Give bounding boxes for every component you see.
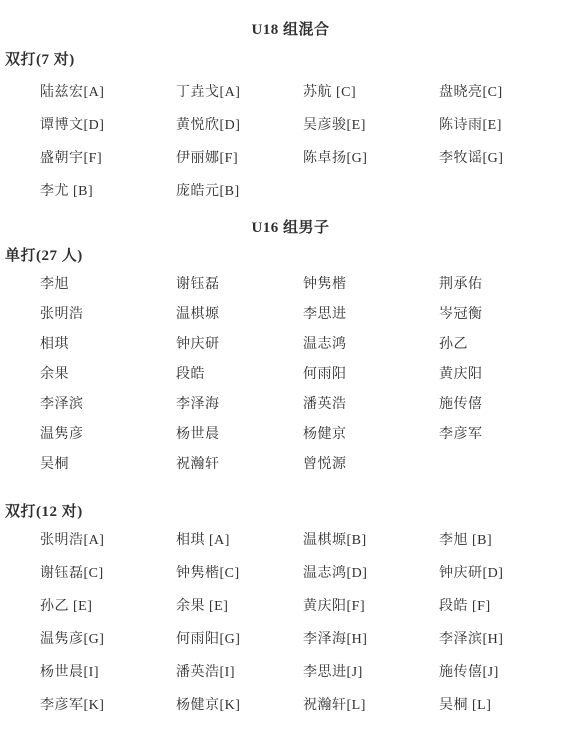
player-name: 荆承佑 bbox=[439, 277, 581, 293]
group-label-u16-doubles: 双打(12 对) bbox=[5, 504, 581, 520]
u16-singles-name-list: 李旭谢钰磊钟隽楷荆承佑张明浩温棋塬李思进岑冠衡相琪钟庆研温志鸿孙乙余果段皓何雨阳… bbox=[0, 270, 581, 480]
player-name: 李彦军 bbox=[439, 427, 581, 443]
player-name: 盛朝宇[F] bbox=[40, 151, 176, 167]
player-name: 曾悦源 bbox=[303, 457, 439, 473]
player-name: 李牧谣[G] bbox=[439, 151, 581, 167]
player-name: 施传僖[J] bbox=[439, 665, 581, 681]
player-name: 温志鸿 bbox=[303, 337, 439, 353]
roster-row: 吴桐祝瀚轩曾悦源 bbox=[0, 450, 581, 480]
player-name: 钟庆研[D] bbox=[439, 566, 581, 582]
player-name: 杨健京 bbox=[303, 427, 439, 443]
player-name: 谢钰磊 bbox=[176, 277, 303, 293]
roster-row: 谭博文[D]黄悦欣[D]吴彦骏[E]陈诗雨[E] bbox=[0, 109, 581, 142]
player-name: 相琪 bbox=[40, 337, 176, 353]
player-name: 钟隽楷 bbox=[303, 277, 439, 293]
player-name: 孙乙 bbox=[439, 337, 581, 353]
player-name: 伊丽娜[F] bbox=[176, 151, 303, 167]
player-name: 李思进 bbox=[303, 307, 439, 323]
player-name: 李泽海[H] bbox=[303, 632, 439, 648]
roster-row: 谢钰磊[C]钟隽楷[C]温志鸿[D]钟庆研[D] bbox=[0, 557, 581, 590]
player-name: 吴彦骏[E] bbox=[303, 118, 439, 134]
player-name: 段皓 [F] bbox=[439, 599, 581, 615]
roster-row: 张明浩温棋塬李思进岑冠衡 bbox=[0, 300, 581, 330]
roster-row: 孙乙 [E]余果 [E]黄庆阳[F]段皓 [F] bbox=[0, 590, 581, 623]
player-name: 施传僖 bbox=[439, 397, 581, 413]
roster-row: 李彦军[K]杨健京[K]祝瀚轩[L]吴桐 [L] bbox=[0, 689, 581, 722]
player-name: 钟庆研 bbox=[176, 337, 303, 353]
player-name: 余果 bbox=[40, 367, 176, 383]
player-name: 温隽彦 bbox=[40, 427, 176, 443]
player-name: 李旭 bbox=[40, 277, 176, 293]
player-name: 段皓 bbox=[176, 367, 303, 383]
player-name: 李泽滨 bbox=[40, 397, 176, 413]
player-name: 苏航 [C] bbox=[303, 85, 439, 101]
roster-page: U18 组混合 双打(7 对) 陆兹宏[A]丁垚戈[A]苏航 [C]盘晓亮[C]… bbox=[0, 0, 581, 736]
player-name: 张明浩[A] bbox=[40, 533, 176, 549]
player-name: 孙乙 [E] bbox=[40, 599, 176, 615]
player-name: 杨世晨 bbox=[176, 427, 303, 443]
player-name: 谢钰磊[C] bbox=[40, 566, 176, 582]
roster-row: 李泽滨李泽海潘英浩施传僖 bbox=[0, 390, 581, 420]
player-name: 余果 [E] bbox=[176, 599, 303, 615]
player-name: 潘英浩[I] bbox=[176, 665, 303, 681]
player-name: 盘晓亮[C] bbox=[439, 85, 581, 101]
player-name: 何雨阳 bbox=[303, 367, 439, 383]
roster-row: 温隽彦[G]何雨阳[G]李泽海[H]李泽滨[H] bbox=[0, 623, 581, 656]
section-u16-boys: U16 组男子 单打(27 人) 李旭谢钰磊钟隽楷荆承佑张明浩温棋塬李思进岑冠衡… bbox=[0, 220, 581, 722]
roster-row: 杨世晨[I]潘英浩[I]李思进[J]施传僖[J] bbox=[0, 656, 581, 689]
player-name: 黄庆阳 bbox=[439, 367, 581, 383]
player-name: 何雨阳[G] bbox=[176, 632, 303, 648]
player-name: 李彦军[K] bbox=[40, 698, 176, 714]
player-name: 潘英浩 bbox=[303, 397, 439, 413]
player-name: 祝瀚轩[L] bbox=[303, 698, 439, 714]
player-name: 陈诗雨[E] bbox=[439, 118, 581, 134]
group-label-u18-doubles: 双打(7 对) bbox=[5, 52, 581, 68]
roster-row: 陆兹宏[A]丁垚戈[A]苏航 [C]盘晓亮[C] bbox=[0, 76, 581, 109]
roster-row: 相琪钟庆研温志鸿孙乙 bbox=[0, 330, 581, 360]
section-u18-mixed: U18 组混合 双打(7 对) 陆兹宏[A]丁垚戈[A]苏航 [C]盘晓亮[C]… bbox=[0, 22, 581, 208]
u18-doubles-name-list: 陆兹宏[A]丁垚戈[A]苏航 [C]盘晓亮[C]谭博文[D]黄悦欣[D]吴彦骏[… bbox=[0, 76, 581, 208]
player-name: 温志鸿[D] bbox=[303, 566, 439, 582]
roster-row: 李尤 [B]庞皓元[B] bbox=[0, 175, 581, 208]
player-name: 李泽海 bbox=[176, 397, 303, 413]
player-name: 相琪 [A] bbox=[176, 533, 303, 549]
player-name: 吴桐 bbox=[40, 457, 176, 473]
u16-doubles-name-list: 张明浩[A]相琪 [A]温棋塬[B]李旭 [B]谢钰磊[C]钟隽楷[C]温志鸿[… bbox=[0, 524, 581, 722]
player-name: 杨健京[K] bbox=[176, 698, 303, 714]
roster-row: 盛朝宇[F]伊丽娜[F]陈卓扬[G]李牧谣[G] bbox=[0, 142, 581, 175]
player-name: 李泽滨[H] bbox=[439, 632, 581, 648]
section-title-u16-boys: U16 组男子 bbox=[0, 220, 581, 236]
player-name: 钟隽楷[C] bbox=[176, 566, 303, 582]
roster-row: 余果段皓何雨阳黄庆阳 bbox=[0, 360, 581, 390]
player-name: 温棋塬 bbox=[176, 307, 303, 323]
player-name: 李思进[J] bbox=[303, 665, 439, 681]
roster-row: 李旭谢钰磊钟隽楷荆承佑 bbox=[0, 270, 581, 300]
player-name: 祝瀚轩 bbox=[176, 457, 303, 473]
roster-row: 温隽彦杨世晨杨健京李彦军 bbox=[0, 420, 581, 450]
player-name: 谭博文[D] bbox=[40, 118, 176, 134]
player-name: 黄悦欣[D] bbox=[176, 118, 303, 134]
player-name: 张明浩 bbox=[40, 307, 176, 323]
player-name: 庞皓元[B] bbox=[176, 184, 303, 200]
player-name: 温隽彦[G] bbox=[40, 632, 176, 648]
player-name: 杨世晨[I] bbox=[40, 665, 176, 681]
player-name: 温棋塬[B] bbox=[303, 533, 439, 549]
player-name: 陈卓扬[G] bbox=[303, 151, 439, 167]
player-name: 黄庆阳[F] bbox=[303, 599, 439, 615]
player-name: 丁垚戈[A] bbox=[176, 85, 303, 101]
section-title-u18-mixed: U18 组混合 bbox=[0, 22, 581, 38]
player-name: 李旭 [B] bbox=[439, 533, 581, 549]
player-name: 岑冠衡 bbox=[439, 307, 581, 323]
player-name: 吴桐 [L] bbox=[439, 698, 581, 714]
player-name: 陆兹宏[A] bbox=[40, 85, 176, 101]
player-name: 李尤 [B] bbox=[40, 184, 176, 200]
roster-row: 张明浩[A]相琪 [A]温棋塬[B]李旭 [B] bbox=[0, 524, 581, 557]
group-label-u16-singles: 单打(27 人) bbox=[5, 248, 581, 264]
